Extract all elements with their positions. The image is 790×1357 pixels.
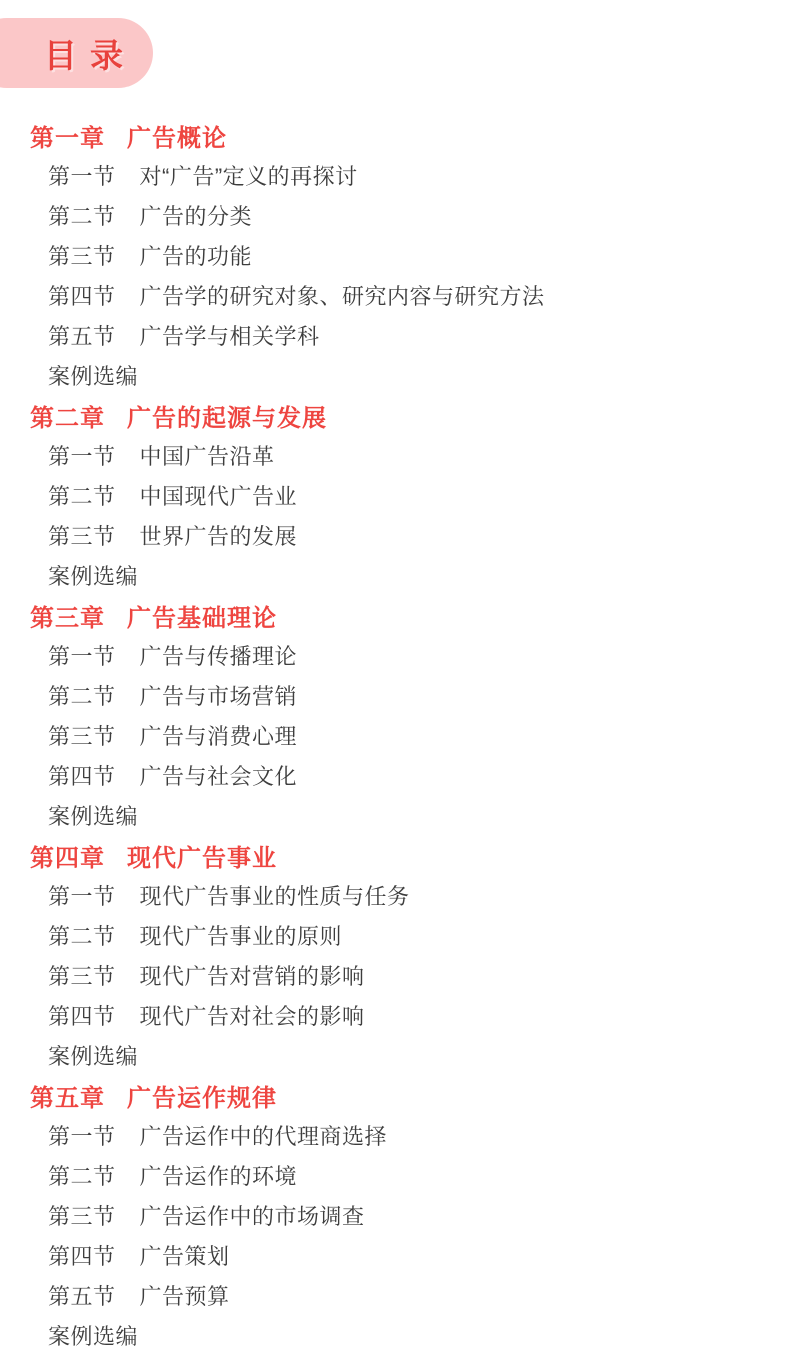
chapter-number: 第一章: [30, 118, 105, 153]
section-number: 第四节: [48, 1240, 116, 1271]
section-title: 世界广告的发展: [140, 520, 298, 551]
section-number: 第四节: [48, 1000, 116, 1031]
toc-section-item[interactable]: 第二节广告与市场营销: [0, 675, 790, 715]
section-title: 现代广告事业的原则: [140, 920, 343, 951]
toc-section-item[interactable]: 第二节广告的分类: [0, 195, 790, 235]
toc-appendix-item[interactable]: 案例选编: [0, 355, 790, 395]
section-title: 广告的功能: [140, 240, 253, 271]
section-number: 第二节: [48, 200, 116, 231]
section-title: 对“广告”定义的再探讨: [140, 160, 358, 191]
section-title: 广告的分类: [140, 200, 253, 231]
section-number: 第五节: [48, 1280, 116, 1311]
appendix-label: 案例选编: [48, 360, 138, 391]
toc-section-item[interactable]: 第四节广告策划: [0, 1235, 790, 1275]
section-number: 第一节: [48, 880, 116, 911]
toc-appendix-item[interactable]: 案例选编: [0, 795, 790, 835]
section-title: 广告学的研究对象、研究内容与研究方法: [140, 280, 545, 311]
page-title: 目 录: [44, 30, 125, 77]
toc-section-item[interactable]: 第五节广告学与相关学科: [0, 315, 790, 355]
toc-section-item[interactable]: 第一节广告与传播理论: [0, 635, 790, 675]
section-number: 第五节: [48, 320, 116, 351]
section-number: 第四节: [48, 760, 116, 791]
section-number: 第二节: [48, 1160, 116, 1191]
section-title: 现代广告对营销的影响: [140, 960, 365, 991]
section-title: 中国现代广告业: [140, 480, 298, 511]
toc-section-item[interactable]: 第一节现代广告事业的性质与任务: [0, 875, 790, 915]
section-number: 第三节: [48, 520, 116, 551]
chapter-title: 现代广告事业: [127, 838, 277, 873]
chapter-number: 第四章: [30, 838, 105, 873]
toc-section-item[interactable]: 第三节世界广告的发展: [0, 515, 790, 555]
section-title: 广告预算: [140, 1280, 230, 1311]
section-number: 第三节: [48, 240, 116, 271]
section-number: 第一节: [48, 640, 116, 671]
section-number: 第二节: [48, 480, 116, 511]
appendix-label: 案例选编: [48, 1320, 138, 1351]
toc-section-item[interactable]: 第二节现代广告事业的原则: [0, 915, 790, 955]
section-number: 第四节: [48, 280, 116, 311]
section-title: 现代广告事业的性质与任务: [140, 880, 410, 911]
chapter-title: 广告基础理论: [127, 598, 277, 633]
toc-chapter-heading[interactable]: 第一章广告概论: [0, 115, 790, 155]
chapter-number: 第三章: [30, 598, 105, 633]
section-number: 第一节: [48, 440, 116, 471]
section-title: 广告与社会文化: [140, 760, 298, 791]
section-number: 第二节: [48, 920, 116, 951]
chapter-number: 第二章: [30, 398, 105, 433]
chapter-title: 广告的起源与发展: [127, 398, 327, 433]
toc-header-badge: 目 录: [0, 18, 153, 88]
section-title: 广告与消费心理: [140, 720, 298, 751]
section-title: 广告运作中的代理商选择: [140, 1120, 388, 1151]
toc-section-item[interactable]: 第五节广告预算: [0, 1275, 790, 1315]
chapter-title: 广告概论: [127, 118, 227, 153]
section-title: 广告与市场营销: [140, 680, 298, 711]
toc-section-item[interactable]: 第一节中国广告沿革: [0, 435, 790, 475]
section-number: 第三节: [48, 960, 116, 991]
section-number: 第二节: [48, 680, 116, 711]
toc-section-item[interactable]: 第三节广告与消费心理: [0, 715, 790, 755]
toc-section-item[interactable]: 第一节广告运作中的代理商选择: [0, 1115, 790, 1155]
toc-section-item[interactable]: 第三节现代广告对营销的影响: [0, 955, 790, 995]
toc-section-item[interactable]: 第二节广告运作的环境: [0, 1155, 790, 1195]
section-title: 广告运作的环境: [140, 1160, 298, 1191]
toc-section-item[interactable]: 第二节中国现代广告业: [0, 475, 790, 515]
toc-chapter-heading[interactable]: 第三章广告基础理论: [0, 595, 790, 635]
toc-appendix-item[interactable]: 案例选编: [0, 1035, 790, 1075]
appendix-label: 案例选编: [48, 800, 138, 831]
toc-section-item[interactable]: 第三节广告的功能: [0, 235, 790, 275]
toc-list: 第一章广告概论第一节对“广告”定义的再探讨第二节广告的分类第三节广告的功能第四节…: [0, 115, 790, 1355]
toc-section-item[interactable]: 第四节广告与社会文化: [0, 755, 790, 795]
section-number: 第三节: [48, 1200, 116, 1231]
section-title: 广告学与相关学科: [140, 320, 320, 351]
chapter-number: 第五章: [30, 1078, 105, 1113]
section-title: 中国广告沿革: [140, 440, 275, 471]
section-number: 第一节: [48, 160, 116, 191]
section-title: 广告运作中的市场调查: [140, 1200, 365, 1231]
toc-section-item[interactable]: 第一节对“广告”定义的再探讨: [0, 155, 790, 195]
appendix-label: 案例选编: [48, 560, 138, 591]
section-title: 现代广告对社会的影响: [140, 1000, 365, 1031]
toc-chapter-heading[interactable]: 第五章广告运作规律: [0, 1075, 790, 1115]
toc-appendix-item[interactable]: 案例选编: [0, 1315, 790, 1355]
toc-chapter-heading[interactable]: 第四章现代广告事业: [0, 835, 790, 875]
section-number: 第三节: [48, 720, 116, 751]
section-number: 第一节: [48, 1120, 116, 1151]
section-title: 广告策划: [140, 1240, 230, 1271]
toc-appendix-item[interactable]: 案例选编: [0, 555, 790, 595]
toc-chapter-heading[interactable]: 第二章广告的起源与发展: [0, 395, 790, 435]
toc-section-item[interactable]: 第四节广告学的研究对象、研究内容与研究方法: [0, 275, 790, 315]
chapter-title: 广告运作规律: [127, 1078, 277, 1113]
appendix-label: 案例选编: [48, 1040, 138, 1071]
section-title: 广告与传播理论: [140, 640, 298, 671]
toc-section-item[interactable]: 第四节现代广告对社会的影响: [0, 995, 790, 1035]
toc-section-item[interactable]: 第三节广告运作中的市场调查: [0, 1195, 790, 1235]
